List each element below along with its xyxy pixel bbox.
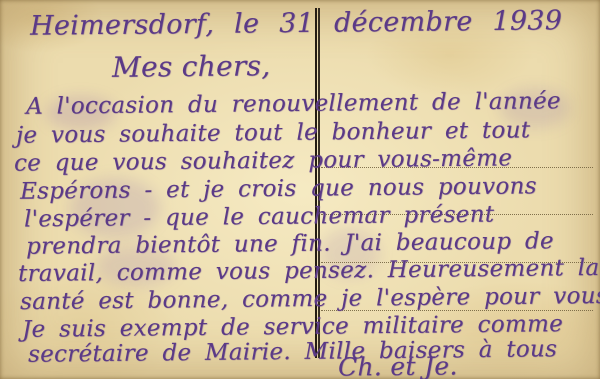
body-line: travail, comme vous pensez. Heureusement… — [18, 255, 600, 287]
signature: Ch. et Je. — [338, 351, 458, 379]
body-line: secrétaire de Mairie. Mille baisers à to… — [28, 336, 557, 368]
body-line: je vous souhaite tout le bonheur et tout — [16, 117, 531, 148]
body-line: ce que vous souhaitez pour vous-même — [14, 145, 512, 176]
dateline: Heimersdorf, le 31 décembre 1939 — [30, 5, 563, 42]
body-line: A l'occasion du renouvellement de l'anné… — [26, 88, 561, 120]
body-line: prendra bientôt une fin. J'ai beaucoup d… — [26, 228, 554, 260]
postcard-back: Heimersdorf, le 31 décembre 1939 Mes che… — [0, 0, 600, 379]
body-line: Espérons - et je crois que nous pouvons — [20, 173, 537, 204]
salutation: Mes chers, — [112, 49, 271, 84]
body-line: l'espérer - que le cauchemar présent — [24, 202, 495, 233]
